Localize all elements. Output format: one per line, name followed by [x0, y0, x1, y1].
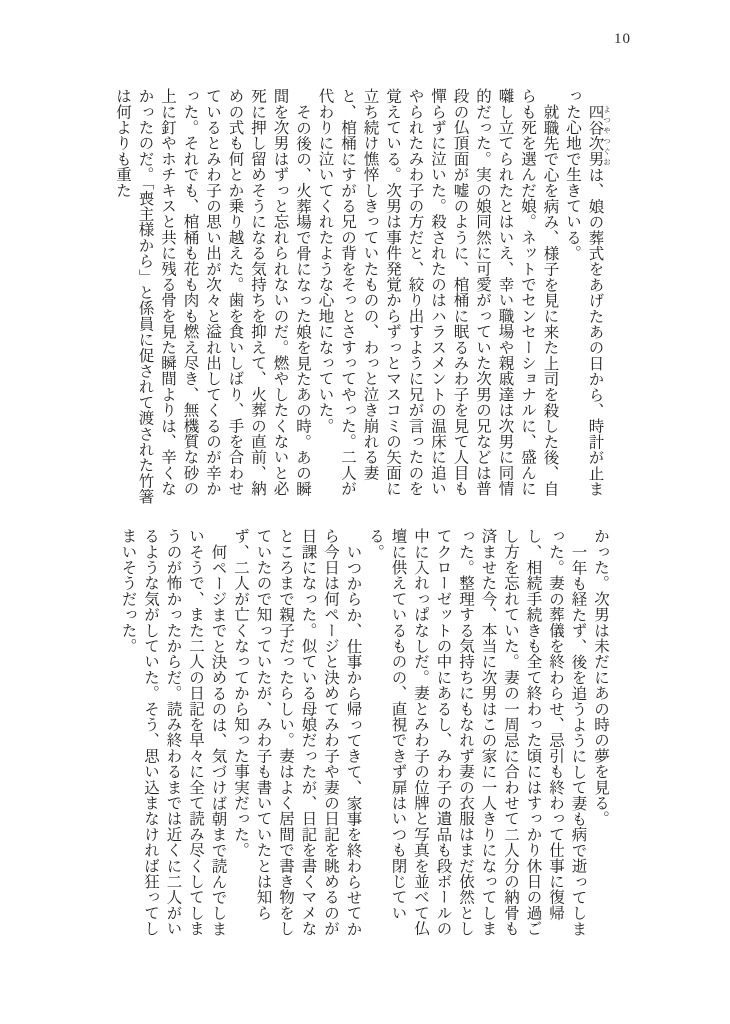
ruby-base: 四谷次男 — [587, 104, 604, 167]
paragraph: 一年も経たず、後を追うようにして妻も病で逝ってしまった。妻の葬儀を終わらせ、忌引… — [364, 528, 589, 949]
paragraph: 就職先で心を病み、様子を見に来た上司を殺した後、自らも死を選んだ娘。ネットでセン… — [313, 88, 561, 509]
ruby-reading: よつやつぐお — [603, 104, 612, 167]
paragraph: いつからか、仕事から帰ってきて、家事を終わらせてから今日は何ページと決めてみわ子… — [229, 528, 364, 949]
page-number: 10 — [614, 31, 631, 48]
character-name-ruby: 四谷次男よつやつぐお — [587, 104, 604, 167]
paragraph: その後の、火葬場で骨になった娘を見たあの時。あの瞬間を次男はずっと忘れられないの… — [111, 88, 314, 509]
paragraph-continuation: かった。次男は未だにあの時の夢を見る。 — [589, 528, 612, 949]
paragraph-opening: 四谷次男よつやつぐおは、娘の葬式をあげたあの日から、時計が止まった心地で生きてい… — [561, 88, 612, 509]
document-page: 10 四谷次男よつやつぐおは、娘の葬式をあげたあの日から、時計が止まった心地で生… — [0, 0, 730, 1024]
text-block-lower: かった。次男は未だにあの時の夢を見る。 一年も経たず、後を追うようにして妻も病で… — [127, 528, 611, 949]
paragraph: 何ページまでと決めるのは、気づけば朝まで読んでしまいそうで、また二人の日記を早々… — [116, 528, 229, 949]
text-block-upper: 四谷次男よつやつぐおは、娘の葬式をあげたあの日から、時計が止まった心地で生きてい… — [127, 88, 611, 509]
